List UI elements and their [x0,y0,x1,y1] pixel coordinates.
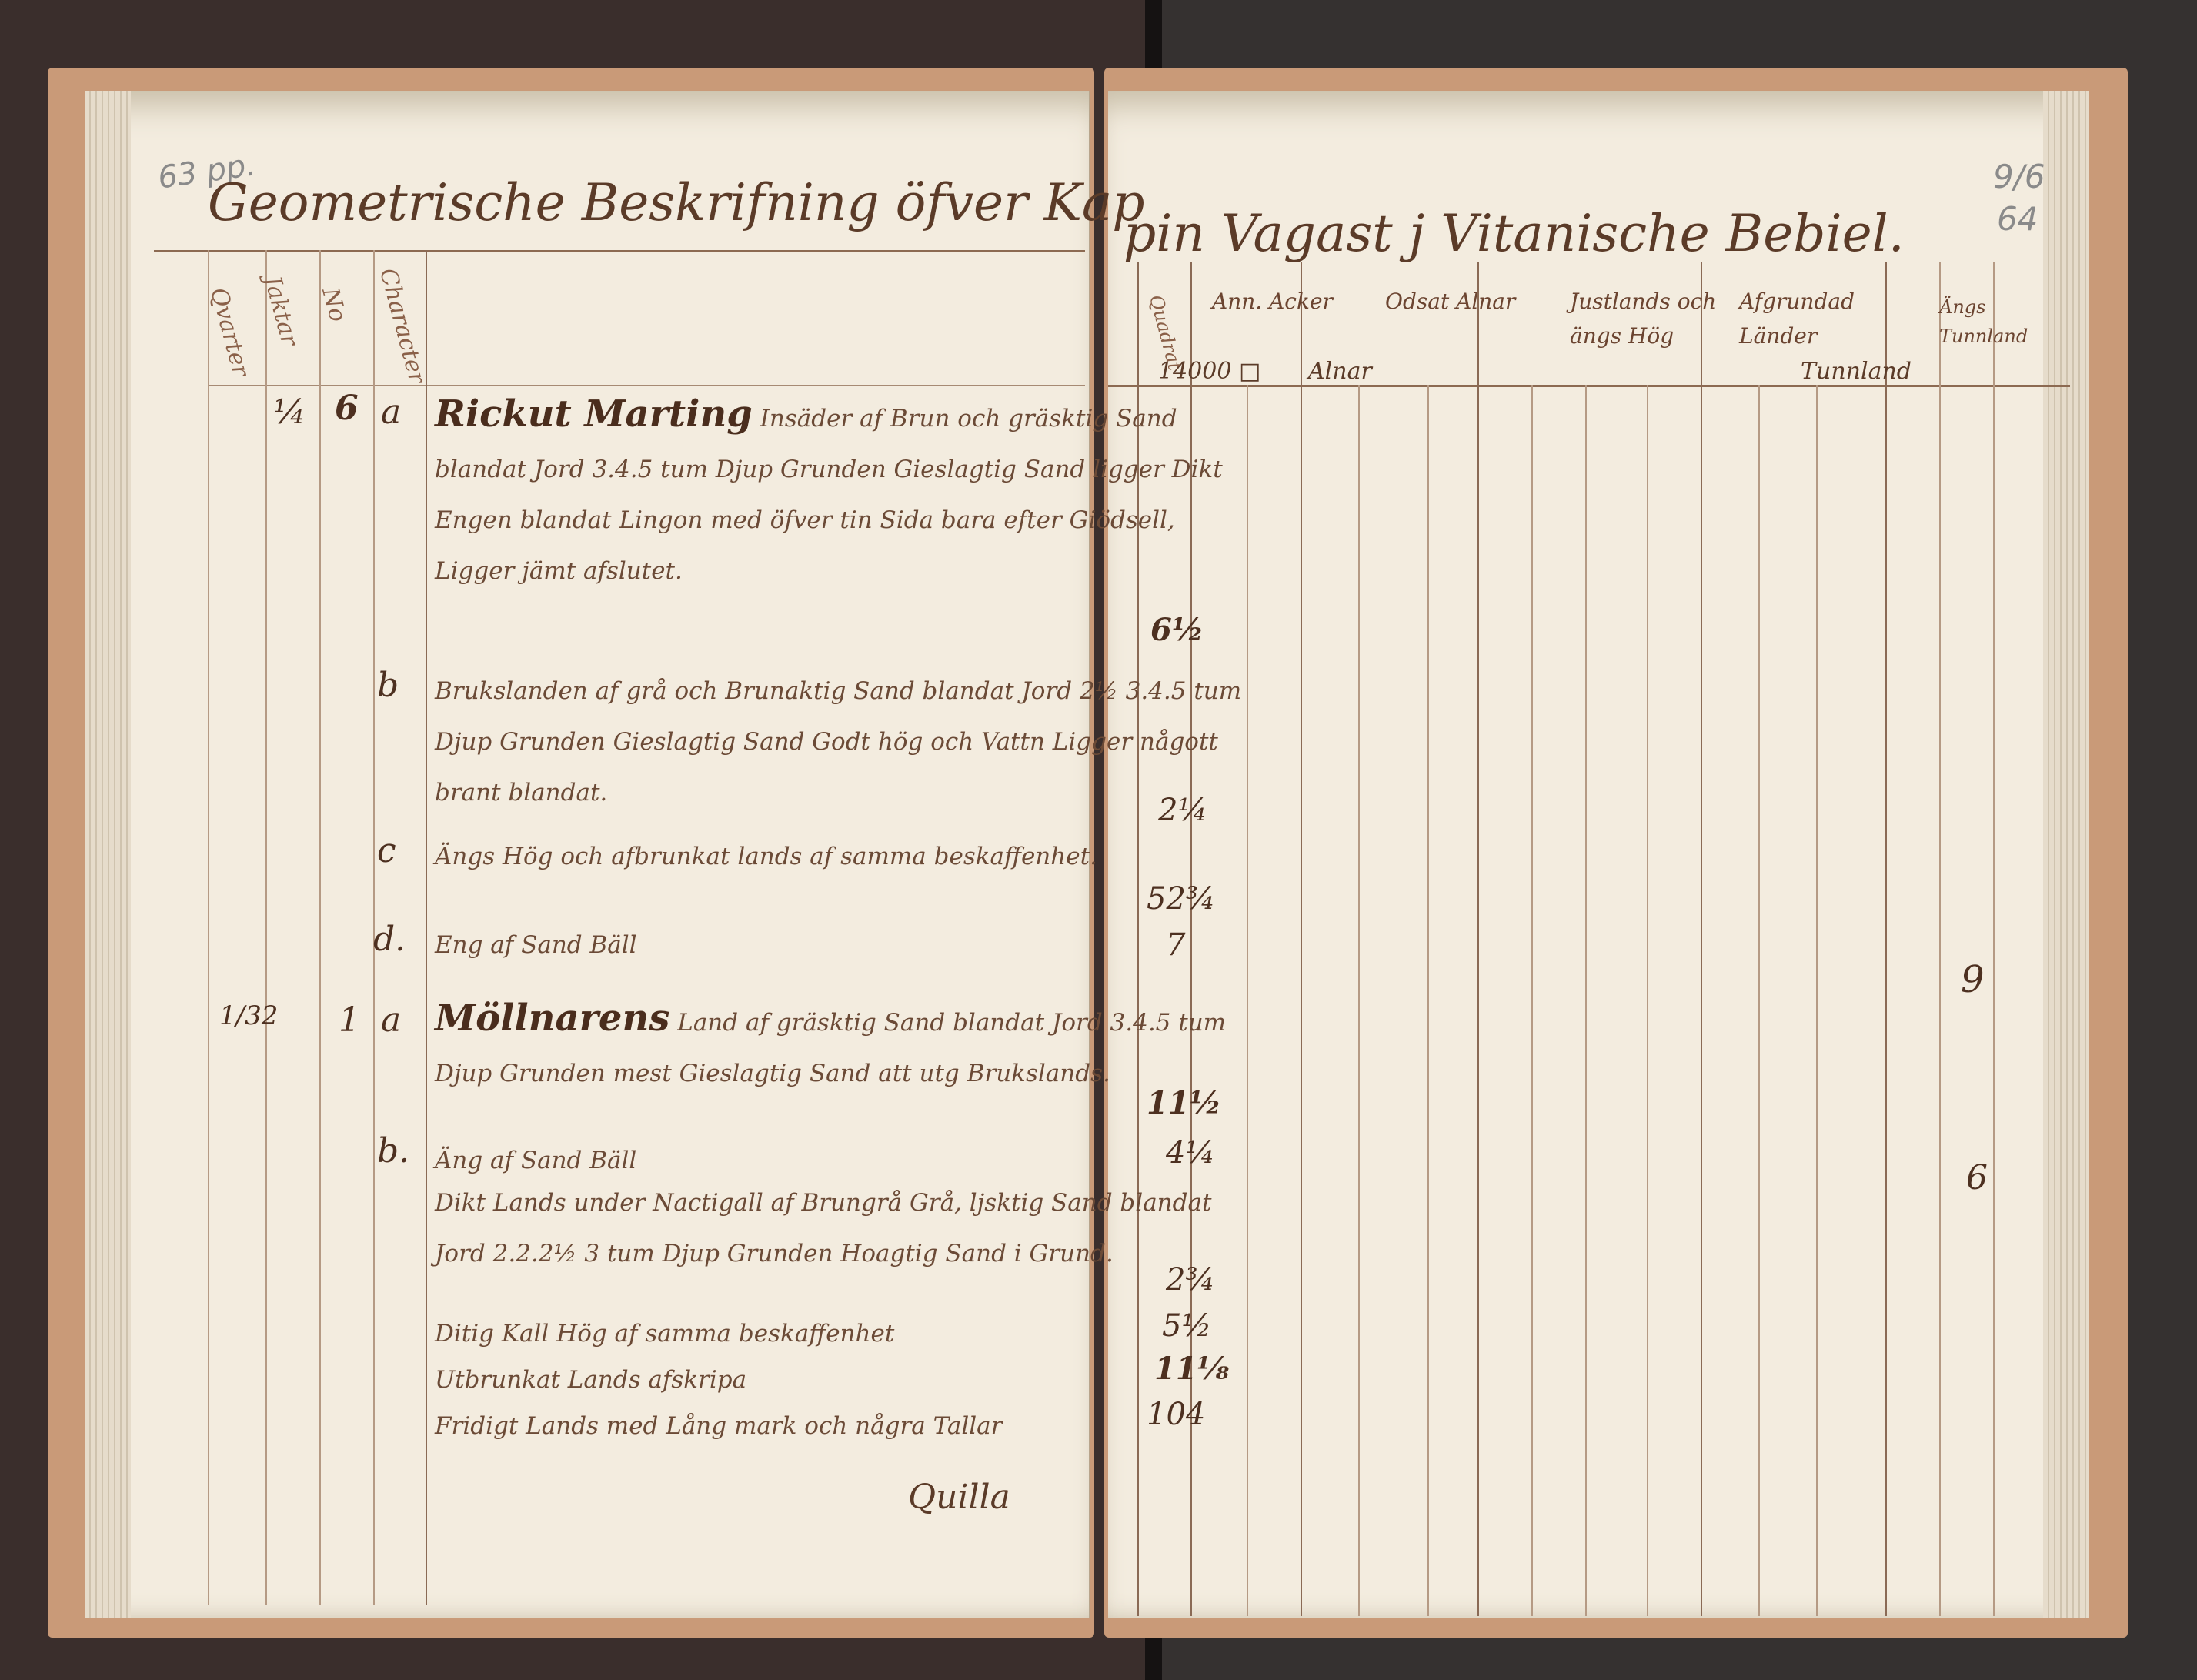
value-acker: 11⅛ [1154,1351,1229,1387]
value-acker: 7 [1166,927,1185,963]
title-right: pin Vagast j Vitanische Bebiel. [1124,204,1905,263]
col-line [1939,262,1941,1616]
value-acker: 52¾ [1147,881,1216,917]
value-acker: 4¼ [1166,1135,1215,1171]
column-header-justlands: Justlands och ängs Hög [1570,285,1731,354]
entry-b: Brukslanden af grå och Brunaktig Sand bl… [435,666,1250,818]
entry-dikt-lands: Dikt Lands under Nactigall af Brungrå Gr… [435,1177,1250,1279]
entry-a: Rickut Marting Insäder af Brun och gräsk… [435,389,1250,596]
no-value: 1 [339,1000,360,1040]
pencil-folio-right-bottom: 64 [1997,200,2038,238]
entry-utbrunkat: Utbrunkat Lands afskripa [435,1354,1250,1405]
column-header-acker: Ann. Acker [1212,285,1366,319]
header-rule-left [154,250,1085,252]
col-line [1585,385,1587,1616]
column-header-odsat: Odsat Alnar [1385,285,1539,319]
col-line [1647,385,1648,1616]
value-acker: 2¾ [1166,1262,1215,1298]
char-value: b [377,666,399,705]
col-line [1477,262,1479,1616]
entry-name: Rickut Marting [435,392,753,436]
col-line [1701,262,1702,1616]
entry-fridigt: Fridigt Lands med Lång mark och några Ta… [435,1401,1250,1451]
value-acker: 2¼ [1158,793,1207,828]
char-value: b. [377,1131,409,1171]
char-value: c [377,831,396,870]
col-line [1427,385,1429,1616]
char-value: a [381,392,401,432]
col-line [265,250,267,1605]
value-angs: 9 [1961,958,1985,1001]
entry-name: Möllnarens [435,997,669,1040]
entry-kall-hog: Ditig Kall Hög af samma beskaffenhet [435,1308,1250,1359]
col-line [1358,385,1360,1616]
qvarter-value: 1/32 [219,1000,278,1031]
signature: Quilla [908,1478,1010,1517]
no-value: 6 [335,389,359,428]
value-angs: 6 [1966,1158,1988,1197]
entry-c: Ängs Hög och afbrunkat lands af samma be… [435,831,1250,882]
char-value: a [381,1000,401,1040]
value-acker: 5½ [1162,1308,1211,1344]
header-rule-right [1108,385,2070,387]
entry-d: Eng af Sand Bäll [435,920,1250,970]
col-line [1531,385,1533,1616]
col-line [208,250,209,1605]
title-left: Geometrische Beskrifning öfver Kap [208,173,1145,232]
col-line [426,250,427,1605]
col-line [1816,385,1818,1616]
col-line [1758,385,1760,1616]
entry-mollnarens: Möllnarens Land af gräsktig Sand blandat… [435,993,1250,1099]
column-header-afgrundad: Afgrundad Länder [1739,285,1878,354]
page-edges-right [2043,91,2089,1618]
pencil-folio-right-top: 9/6 [1993,158,2045,195]
value-acker: 6½ [1150,612,1204,648]
value-acker: 11½ [1147,1085,1221,1121]
column-header-angs: Ängs Tunnland [1939,292,2032,352]
header-area-value: 14000 □ [1158,358,1260,385]
char-value: d. [373,920,406,959]
col-line [1993,262,1995,1616]
page-edges-left [85,91,131,1618]
col-line [1301,262,1302,1616]
header-unit: Alnar [1308,358,1372,385]
col-line [1885,262,1887,1616]
qvarter-value: ¼ [273,392,306,432]
value-acker: 104 [1147,1397,1205,1432]
column-header-rule-left [208,385,1085,386]
header-tunnland: Tunnland [1801,358,1912,385]
col-line [319,250,321,1605]
